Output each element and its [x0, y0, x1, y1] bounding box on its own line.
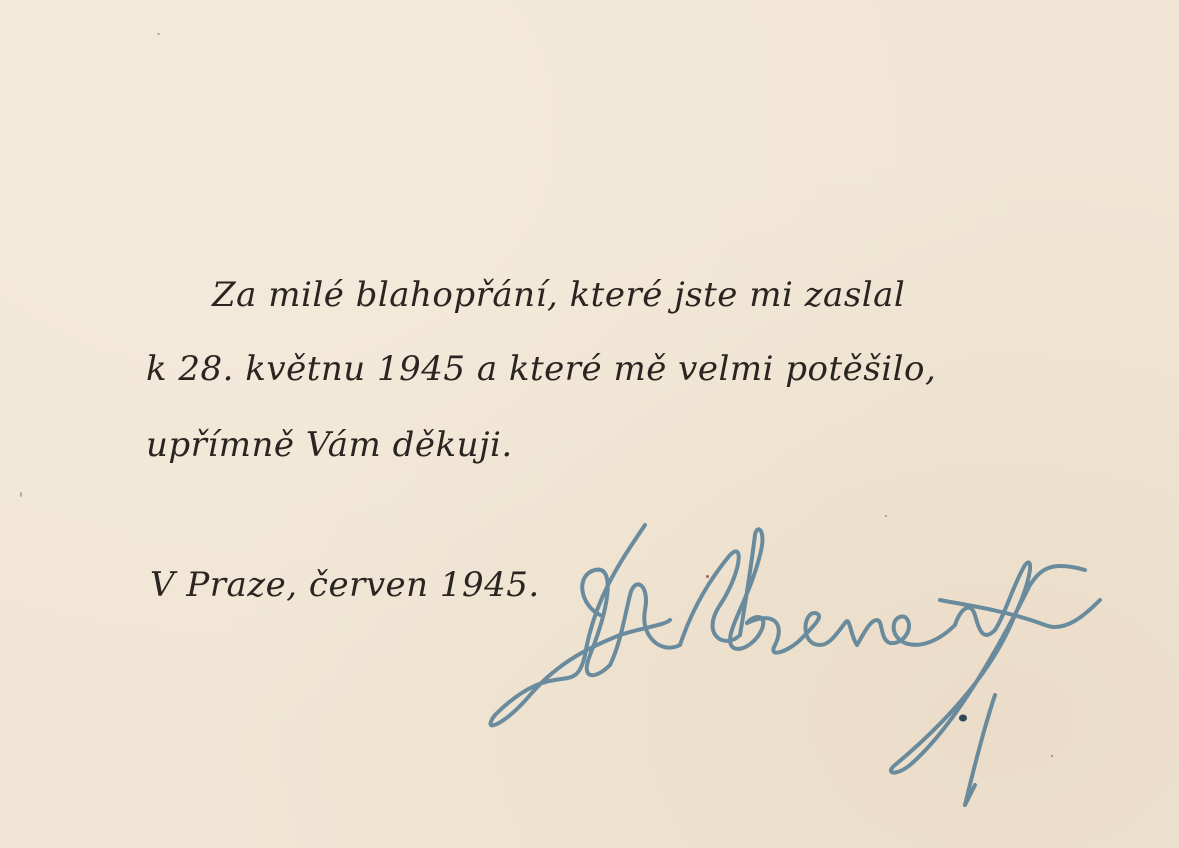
- paper-speck: [1051, 755, 1053, 757]
- paper-speck: [157, 33, 160, 35]
- paper-speck: [885, 515, 887, 517]
- place-date-line: V Praze, červen 1945.: [150, 568, 540, 602]
- paper-speck: [706, 575, 709, 578]
- body-line-3: upřímně Vám děkuji.: [146, 428, 513, 462]
- thank-you-card: Za milé blahopřání, které jste mi zaslal…: [0, 0, 1179, 848]
- paper-speck: [20, 492, 22, 497]
- body-line-1: Za milé blahopřání, které jste mi zaslal: [212, 278, 905, 312]
- body-line-2: k 28. květnu 1945 a které mě velmi potěš…: [146, 352, 936, 386]
- handwritten-signature: Dr. E. Beneš: [485, 515, 1115, 815]
- signature-dot: [959, 715, 967, 722]
